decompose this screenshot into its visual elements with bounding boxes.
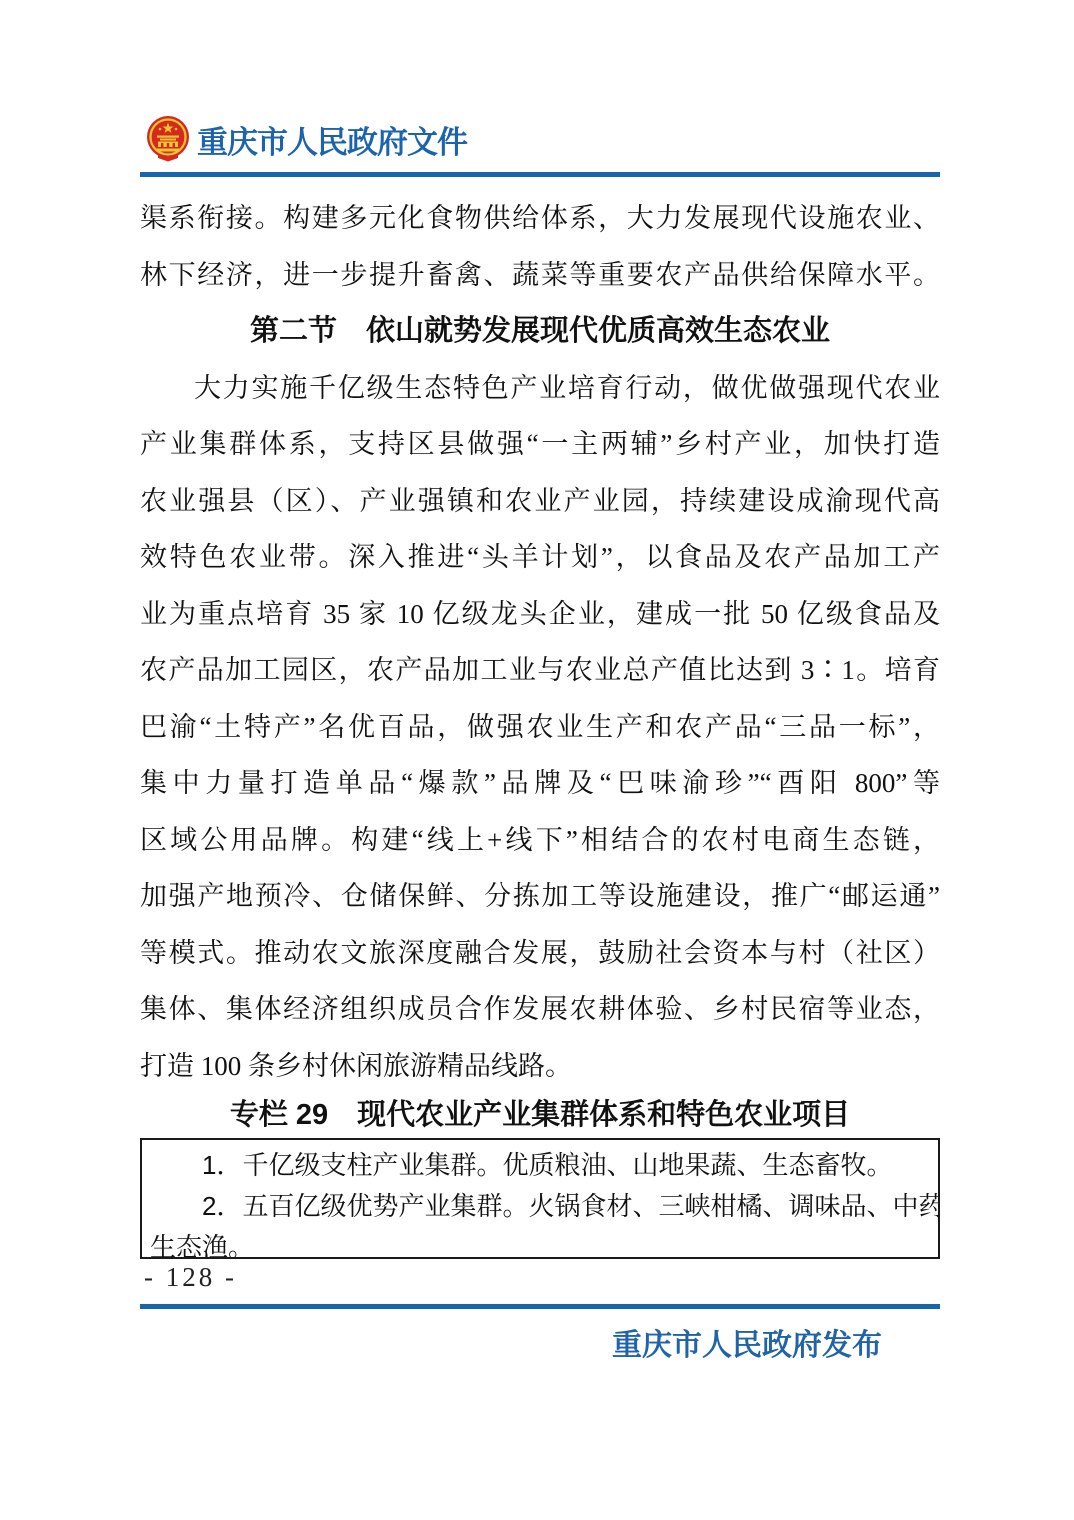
section-heading: 第二节 依山就势发展现代优质高效生态农业 — [140, 303, 940, 360]
body-text-line: 大力实施千亿级生态特色产业培育行动，做优做强现代农业 — [140, 360, 940, 417]
info-box: 1．千亿级支柱产业集群。优质粮油、山地果蔬、生态畜牧。 2．五百亿级优势产业集群… — [140, 1138, 940, 1259]
column-heading: 专栏 29 现代农业产业集群体系和特色农业项目 — [140, 1094, 940, 1136]
info-box-item: 2．五百亿级优势产业集群。火锅食材、三峡柑橘、调味品、中药材、茶叶、 — [150, 1186, 930, 1227]
header-divider — [140, 172, 940, 177]
body-text-line: 农产品加工园区，农产品加工业与农业总产值比达到 3∶1。培育 — [140, 642, 940, 699]
page-number: - 128 - — [144, 1262, 237, 1293]
document-header: 重庆市人民政府文件 — [146, 114, 467, 164]
body-text-line: 农业强县（区）、产业强镇和农业产业园，持续建设成渝现代高 — [140, 473, 940, 530]
body-text-line: 渠系衔接。构建多元化食物供给体系，大力发展现代设施农业、 — [140, 190, 940, 247]
document-page: 重庆市人民政府文件 渠系衔接。构建多元化食物供给体系，大力发展现代设施农业、 林… — [0, 0, 1074, 1520]
body-text-line: 区域公用品牌。构建“线上+线下”相结合的农村电商生态链， — [140, 812, 940, 869]
body-text-line: 效特色农业带。深入推进“头羊计划”，以食品及农产品加工产 — [140, 529, 940, 586]
document-title: 重庆市人民政府文件 — [197, 117, 467, 162]
info-box-item: 1．千亿级支柱产业集群。优质粮油、山地果蔬、生态畜牧。 — [150, 1145, 930, 1186]
national-emblem-icon — [146, 114, 190, 164]
body-text-line: 等模式。推动农文旅深度融合发展，鼓励社会资本与村（社区） — [140, 925, 940, 982]
body-text-line: 集体、集体经济组织成员合作发展农耕体验、乡村民宿等业态， — [140, 981, 940, 1038]
footer-divider — [140, 1304, 940, 1309]
body-text-line: 打造 100 条乡村休闲旅游精品线路。 — [140, 1038, 940, 1095]
body-text-line: 产业集群体系，支持区县做强“一主两辅”乡村产业，加快打造 — [140, 416, 940, 473]
publisher-label: 重庆市人民政府发布 — [140, 1320, 882, 1364]
body-text-line: 加强产地预冷、仓储保鲜、分拣加工等设施建设，推广“邮运通” — [140, 868, 940, 925]
info-box-item: 生态渔。 — [150, 1227, 930, 1259]
body-text-line: 集中力量打造单品“爆款”品牌及“巴味渝珍”“酉阳 800”等 — [140, 755, 940, 812]
body-text-line: 巴渝“土特产”名优百品，做强农业生产和农产品“三品一标”， — [140, 699, 940, 756]
document-body: 渠系衔接。构建多元化食物供给体系，大力发展现代设施农业、 林下经济，进一步提升畜… — [140, 190, 940, 1259]
body-text-line: 业为重点培育 35 家 10 亿级龙头企业，建成一批 50 亿级食品及 — [140, 586, 940, 643]
body-text-line: 林下经济，进一步提升畜禽、蔬菜等重要农产品供给保障水平。 — [140, 247, 940, 304]
